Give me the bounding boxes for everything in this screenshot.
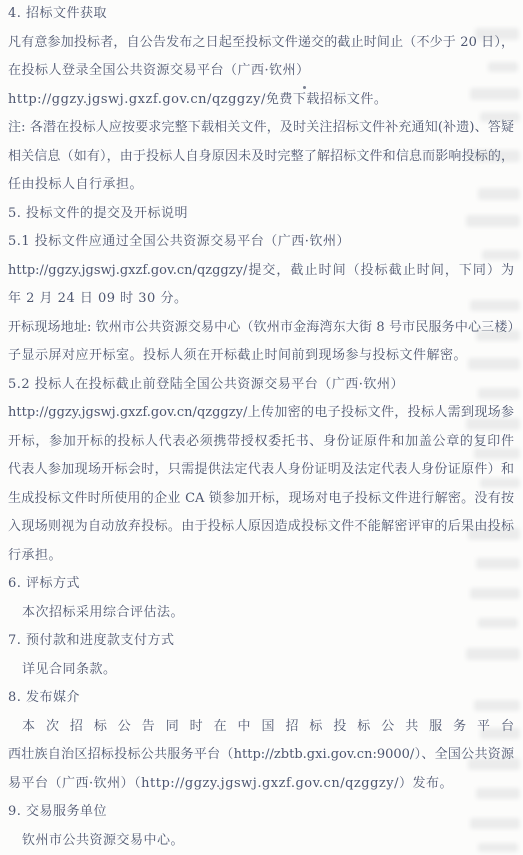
doc-line: 本次招标采用综合评估法。 <box>8 599 514 628</box>
doc-line-url: http://ggzy.jgswj.gxzf.gov.cn/qzggzy/上传加… <box>8 399 514 428</box>
scanned-document-page: 4. 招标文件获取 凡有意参加投标者，自公告发布之日起至投标文件递交的截止时间止… <box>0 0 523 855</box>
doc-line-note: 注: 各潜在投标人应按要求完整下载相关文件，及时关注招标文件补充通知(补遗)、答… <box>8 114 514 143</box>
section-heading-5: 5. 投标文件的提交及开标说明 <box>8 200 514 229</box>
doc-line: 子显示屏对应开标室。投标人须在开标截止时间前到现场参与投标文件解密。 <box>8 342 514 371</box>
doc-line-url: http://ggzy.jgswj.gxzf.gov.cn/qzggzy/提交，… <box>8 257 514 286</box>
doc-line: 详见合同条款。 <box>8 656 514 685</box>
doc-line: 本次招标公告同时在中国招标投标公共服务平台（http://www.cebpubs… <box>8 713 514 742</box>
doc-line-url: http://ggzy.jgswj.gxzf.gov.cn/qzggzy/免费下… <box>8 86 514 115</box>
doc-line: 凡有意参加投标者，自公告发布之日起至投标文件递交的截止时间止（不少于 20 日）… <box>8 29 514 58</box>
section-heading-4: 4. 招标文件获取 <box>8 0 514 29</box>
doc-line: 钦州市公共资源交易中心。 <box>8 827 514 855</box>
doc-line: 代表人参加现场开标会时，只需提供法定代表人身份证明及法定代表人身份证原件）和携带 <box>8 456 514 485</box>
doc-line: 相关信息（如有），由于投标人自身原因未及时完整了解招标文件和信息而影响投标的，责 <box>8 143 514 172</box>
doc-line: 生成投标文件时所使用的企业 CA 锁参加开标，现场对电子投标文件进行解密。没有按… <box>8 485 514 514</box>
subsection-5-2: 5.2 投标人在投标截止前登陆全国公共资源交易平台（广西·钦州） <box>8 371 514 400</box>
subsection-5-1: 5.1 投标文件应通过全国公共资源交易平台（广西·钦州） <box>8 228 514 257</box>
section-heading-9: 9. 交易服务单位 <box>8 798 514 827</box>
doc-line: 入现场则视为自动放弃投标。由于投标人原因造成投标文件不能解密评审的后果由投标人自 <box>8 513 514 542</box>
section-heading-8: 8. 发布媒介 <box>8 684 514 713</box>
doc-line: 在投标人登录全国公共资源交易平台（广西·钦州） <box>8 57 514 86</box>
doc-line: 任由投标人自行承担。 <box>8 171 514 200</box>
doc-line: 行承担。 <box>8 542 514 571</box>
section-heading-7: 7. 预付款和进度款支付方式 <box>8 627 514 656</box>
doc-line-address: 开标现场地址: 钦州市公共资源交易中心（钦州市金海湾东大街 8 号市民服务中心三… <box>8 314 514 343</box>
section-heading-6: 6. 评标方式 <box>8 570 514 599</box>
doc-line: 开标，参加开标的投标人代表必须携带授权委托书、身份证原件和加盖公章的复印件（法定 <box>8 428 514 457</box>
doc-line: 西壮族自治区招标投标公共服务平台（http://zbtb.gxi.gov.cn:… <box>8 741 514 770</box>
doc-line-deadline: 年 2 月 24 日 09 时 30 分。 <box>8 285 514 314</box>
doc-line: 易平台（广西·钦州）（http://ggzy.jgswj.gxzf.gov.cn… <box>8 770 514 799</box>
